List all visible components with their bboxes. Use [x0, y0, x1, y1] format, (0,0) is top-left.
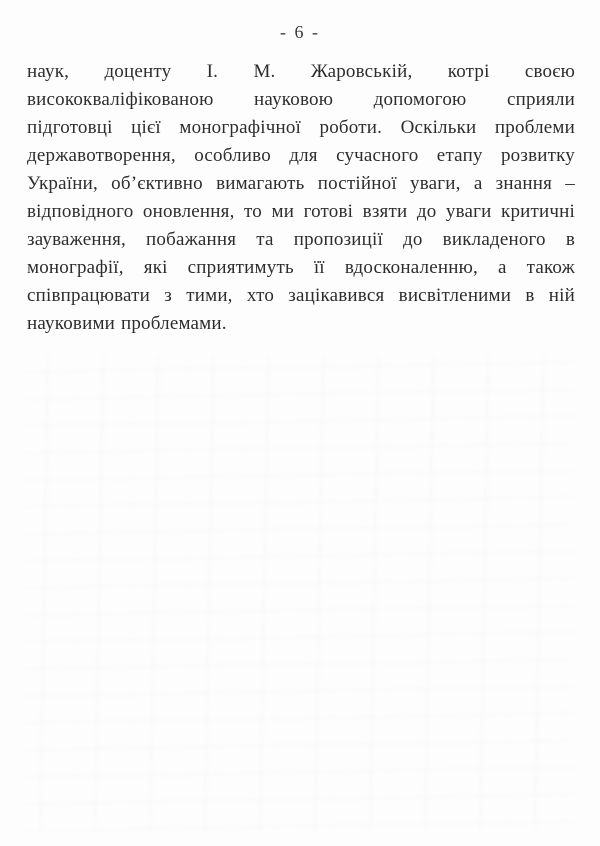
paragraph-line: висококваліфікованою науковою допомогою …: [27, 86, 575, 114]
paragraph-line: України, об’єктивно вимагають постійної …: [27, 170, 575, 198]
paragraph-line: підготовці цієї монографічної роботи. Ос…: [27, 114, 575, 142]
body-paragraph: наук, доценту І. М. Жаровській, котрі св…: [27, 58, 575, 338]
paragraph-line: державотворення, особливо для сучасного …: [27, 142, 575, 170]
paragraph-line: відповідного оновлення, то ми готові взя…: [27, 198, 575, 226]
paragraph-line: науковими проблемами.: [27, 310, 575, 338]
paragraph-line: зауваження, побажання та пропозиції до в…: [27, 226, 575, 254]
paragraph-line: наук, доценту І. М. Жаровській, котрі св…: [27, 58, 575, 86]
page-number: - 6 -: [0, 22, 600, 43]
paragraph-line: монографії, які сприятимуть її вдосконал…: [27, 254, 575, 282]
page-bleed-through-artifact: [25, 355, 575, 831]
scanned-document-page: - 6 - наук, доценту І. М. Жаровській, ко…: [0, 0, 600, 846]
paragraph-line: співпрацювати з тими, хто зацікавився ви…: [27, 282, 575, 310]
